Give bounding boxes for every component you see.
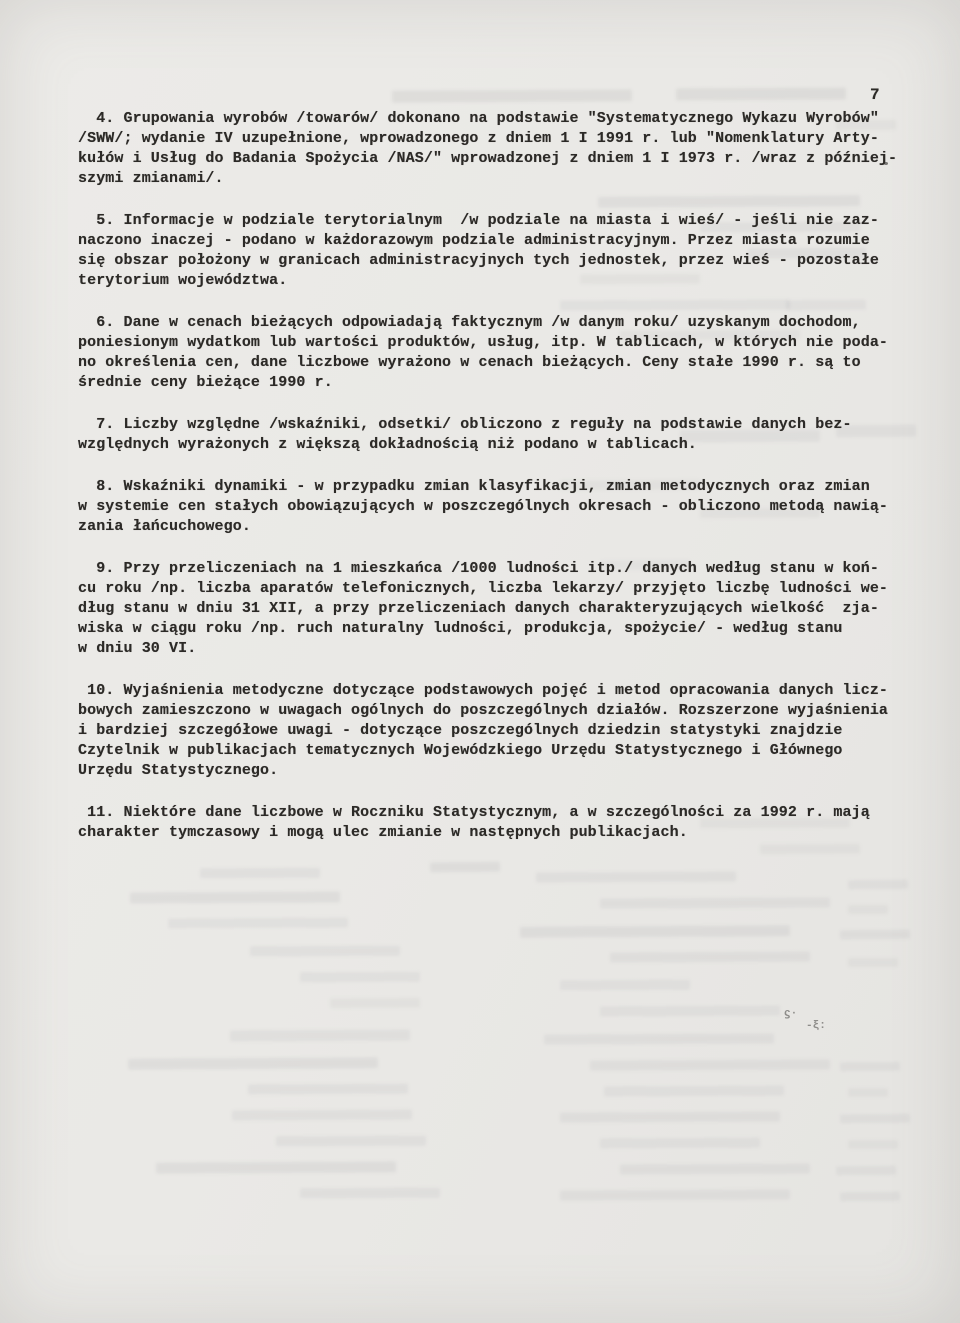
paragraph-line: względnych wyrażonych z większą dokładno… xyxy=(78,435,938,455)
bleed-through-smudge xyxy=(676,88,846,101)
bleed-through-smudge xyxy=(250,946,400,957)
pen-scribble: -ξ: xyxy=(806,1020,826,1032)
paragraph-line: /SWW/; wydanie IV uzupełnione, wprowadzo… xyxy=(78,129,938,149)
paragraph-line: no określenia cen, dane liczbowe wyrażon… xyxy=(78,353,938,373)
paragraph-line: Czytelnik w publikacjach tematycznych Wo… xyxy=(78,741,938,761)
bleed-through-smudge xyxy=(200,868,320,879)
bleed-through-smudge xyxy=(848,1088,888,1097)
paragraph: 5. Informacje w podziale terytorialnym /… xyxy=(78,211,938,291)
paragraph-line: szymi zmianami/. xyxy=(78,169,938,189)
bleed-through-smudge xyxy=(848,905,888,914)
paragraph: 9. Przy przeliczeniach na 1 mieszkańca /… xyxy=(78,559,938,659)
bleed-through-smudge xyxy=(520,925,790,937)
bleed-through-smudge xyxy=(848,1140,898,1149)
bleed-through-smudge xyxy=(156,1161,396,1173)
paragraph-line: kułów i Usług do Badania Spożycia /NAS/"… xyxy=(78,149,938,169)
bleed-through-smudge xyxy=(600,897,830,908)
paragraph-line: 5. Informacje w podziale terytorialnym /… xyxy=(78,211,938,231)
paragraph-line: w dniu 30 VI. xyxy=(78,639,938,659)
paragraph-line: poniesionym wydatkom lub wartości produk… xyxy=(78,333,938,353)
paragraph-line: 4. Grupowania wyrobów /towarów/ dokonano… xyxy=(78,109,938,129)
paragraph-line: bowych zamieszczono w uwagach ogólnych d… xyxy=(78,701,938,721)
bleed-through-smudge xyxy=(232,1110,412,1121)
bleed-through-smudge xyxy=(248,1084,408,1095)
document-body: 4. Grupowania wyrobów /towarów/ dokonano… xyxy=(78,109,938,865)
paragraph-line: i bardziej szczegółowe uwagi - dotyczące… xyxy=(78,721,938,741)
bleed-through-smudge xyxy=(130,891,340,903)
bleed-through-smudge xyxy=(848,958,898,967)
bleed-through-smudge xyxy=(330,998,420,1008)
paragraph-line: Urzędu Statystycznego. xyxy=(78,761,938,781)
pen-scribble: ϛ· xyxy=(784,1008,797,1020)
bleed-through-smudge xyxy=(590,1059,830,1070)
bleed-through-smudge xyxy=(544,1033,774,1044)
bleed-through-smudge xyxy=(840,1062,900,1071)
bleed-through-smudge xyxy=(168,918,348,929)
bleed-through-smudge xyxy=(610,951,810,962)
bleed-through-smudge xyxy=(276,1136,426,1147)
bleed-through-smudge xyxy=(836,1166,896,1175)
paragraph-line: cu roku /np. liczba aparatów telefoniczn… xyxy=(78,579,938,599)
paragraph-line: 9. Przy przeliczeniach na 1 mieszkańca /… xyxy=(78,559,938,579)
bleed-through-smudge xyxy=(840,1192,900,1201)
scanned-document-page: 7 4. Grupowania wyrobów /towarów/ dokona… xyxy=(0,0,960,1323)
paragraph-line: w systemie cen stałych obowiązujących w … xyxy=(78,497,938,517)
paragraph: 4. Grupowania wyrobów /towarów/ dokonano… xyxy=(78,109,938,189)
paragraph: 7. Liczby względne /wskaźniki, odsetki/ … xyxy=(78,415,938,455)
bleed-through-smudge xyxy=(300,1188,440,1199)
bleed-through-smudge xyxy=(600,1006,780,1017)
paragraph: 6. Dane w cenach bieżących odpowiadają f… xyxy=(78,313,938,393)
paragraph: 10. Wyjaśnienia metodyczne dotyczące pod… xyxy=(78,681,938,781)
bleed-through-smudge xyxy=(604,1086,784,1097)
bleed-through-smudge xyxy=(840,930,910,939)
bleed-through-smudge xyxy=(560,1111,780,1122)
paragraph-line: średnie ceny bieżące 1990 r. xyxy=(78,373,938,393)
paragraph-line: naczono inaczej - podano w każdorazowym … xyxy=(78,231,938,251)
paragraph-line: charakter tymczasowy i mogą ulec zmianie… xyxy=(78,823,938,843)
paragraph-line: 7. Liczby względne /wskaźniki, odsetki/ … xyxy=(78,415,938,435)
bleed-through-smudge xyxy=(230,1030,410,1042)
paragraph-line: terytorium województwa. xyxy=(78,271,938,291)
bleed-through-smudge xyxy=(620,1164,810,1175)
paragraph-line: 10. Wyjaśnienia metodyczne dotyczące pod… xyxy=(78,681,938,701)
bleed-through-smudge xyxy=(560,1189,790,1200)
bleed-through-smudge xyxy=(848,880,908,889)
bleed-through-smudge xyxy=(840,1114,910,1123)
paragraph-line: 6. Dane w cenach bieżących odpowiadają f… xyxy=(78,313,938,333)
bleed-through-smudge xyxy=(536,871,736,882)
ink-speck xyxy=(884,162,888,165)
bleed-through-smudge xyxy=(300,972,420,983)
bleed-through-smudge xyxy=(600,1138,760,1149)
page-number: 7 xyxy=(870,86,880,104)
paragraph-line: zania łańcuchowego. xyxy=(78,517,938,537)
bleed-through-smudge xyxy=(560,980,690,991)
paragraph-line: się obszar położony w granicach administ… xyxy=(78,251,938,271)
bleed-through-smudge xyxy=(392,89,632,102)
paragraph-line: 8. Wskaźniki dynamiki - w przypadku zmia… xyxy=(78,477,938,497)
paragraph: 11. Niektóre dane liczbowe w Roczniku St… xyxy=(78,803,938,843)
paragraph-line: dług stanu w dniu 31 XII, a przy przelic… xyxy=(78,599,938,619)
paragraph-line: wiska w ciągu roku /np. ruch naturalny l… xyxy=(78,619,938,639)
bleed-through-smudge xyxy=(128,1057,378,1069)
paragraph: 8. Wskaźniki dynamiki - w przypadku zmia… xyxy=(78,477,938,537)
paragraph-line: 11. Niektóre dane liczbowe w Roczniku St… xyxy=(78,803,938,823)
